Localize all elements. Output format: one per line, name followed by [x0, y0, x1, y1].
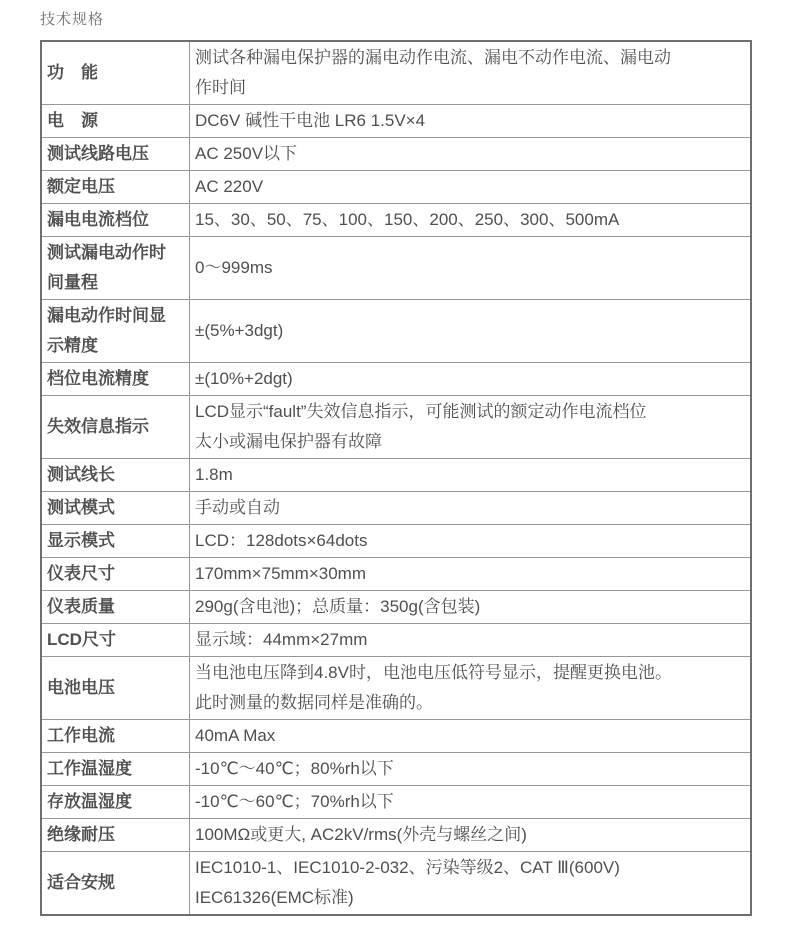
table-row: 漏电电流档位 15、30、50、75、100、150、200、250、300、5… [41, 204, 751, 237]
spec-label: 测试线长 [41, 459, 190, 492]
spec-value: DC6V 碱性干电池 LR6 1.5V×4 [190, 105, 752, 138]
table-row: 失效信息指示 LCD显示“fault”失效信息指示，可能测试的额定动作电流档位 … [41, 396, 751, 459]
table-row: 电池电压 当电池电压降到4.8V时，电池电压低符号显示，提醒更换电池。 此时测量… [41, 657, 751, 720]
table-row: 漏电动作时间显 示精度 ±(5%+3dgt) [41, 300, 751, 363]
spec-value: 15、30、50、75、100、150、200、250、300、500mA [190, 204, 752, 237]
table-row: LCD尺寸 显示域：44mm×27mm [41, 624, 751, 657]
spec-label: 仪表尺寸 [41, 558, 190, 591]
spec-page: 技术规格 功 能 测试各种漏电保护器的漏电动作电流、漏电不动作电流、漏电动 作时… [0, 0, 790, 937]
table-row: 档位电流精度 ±(10%+2dgt) [41, 363, 751, 396]
table-row: 测试线长 1.8m [41, 459, 751, 492]
spec-value: 1.8m [190, 459, 752, 492]
spec-value: 0～999ms [190, 237, 752, 300]
spec-label: 显示模式 [41, 525, 190, 558]
spec-value: -10℃～60℃；70%rh以下 [190, 786, 752, 819]
spec-label: 仪表质量 [41, 591, 190, 624]
spec-value: 40mA Max [190, 720, 752, 753]
spec-label: 功 能 [41, 41, 190, 105]
table-row: 电 源 DC6V 碱性干电池 LR6 1.5V×4 [41, 105, 751, 138]
spec-value: IEC1010-1、IEC1010-2-032、污染等级2、CAT Ⅲ(600V… [190, 852, 752, 916]
spec-value: AC 250V以下 [190, 138, 752, 171]
spec-label: 漏电电流档位 [41, 204, 190, 237]
table-row: 测试线路电压 AC 250V以下 [41, 138, 751, 171]
spec-value: 手动或自动 [190, 492, 752, 525]
spec-label: 测试线路电压 [41, 138, 190, 171]
spec-value: LCD：128dots×64dots [190, 525, 752, 558]
table-row: 测试模式 手动或自动 [41, 492, 751, 525]
spec-label: 失效信息指示 [41, 396, 190, 459]
spec-label: 电 源 [41, 105, 190, 138]
table-row: 工作温湿度 -10℃～40℃；80%rh以下 [41, 753, 751, 786]
spec-label: LCD尺寸 [41, 624, 190, 657]
spec-value: 100MΩ或更大, AC2kV/rms(外壳与螺丝之间) [190, 819, 752, 852]
spec-table: 功 能 测试各种漏电保护器的漏电动作电流、漏电不动作电流、漏电动 作时间 电 源… [40, 40, 752, 916]
table-row: 仪表尺寸 170mm×75mm×30mm [41, 558, 751, 591]
table-row: 绝缘耐压 100MΩ或更大, AC2kV/rms(外壳与螺丝之间) [41, 819, 751, 852]
spec-label: 适合安规 [41, 852, 190, 916]
spec-label: 测试漏电动作时 间量程 [41, 237, 190, 300]
spec-label: 漏电动作时间显 示精度 [41, 300, 190, 363]
spec-label: 电池电压 [41, 657, 190, 720]
spec-value: 测试各种漏电保护器的漏电动作电流、漏电不动作电流、漏电动 作时间 [190, 41, 752, 105]
table-row: 工作电流 40mA Max [41, 720, 751, 753]
spec-label: 工作电流 [41, 720, 190, 753]
table-row: 显示模式 LCD：128dots×64dots [41, 525, 751, 558]
spec-table-body: 功 能 测试各种漏电保护器的漏电动作电流、漏电不动作电流、漏电动 作时间 电 源… [41, 41, 751, 915]
spec-value: 170mm×75mm×30mm [190, 558, 752, 591]
spec-label: 绝缘耐压 [41, 819, 190, 852]
section-title: 技术规格 [40, 10, 752, 30]
spec-label: 工作温湿度 [41, 753, 190, 786]
spec-label: 额定电压 [41, 171, 190, 204]
table-row: 额定电压 AC 220V [41, 171, 751, 204]
spec-value: 当电池电压降到4.8V时，电池电压低符号显示，提醒更换电池。 此时测量的数据同样… [190, 657, 752, 720]
spec-value: -10℃～40℃；80%rh以下 [190, 753, 752, 786]
spec-label: 存放温湿度 [41, 786, 190, 819]
spec-value: 290g(含电池)；总质量：350g(含包装) [190, 591, 752, 624]
spec-label: 档位电流精度 [41, 363, 190, 396]
table-row: 仪表质量 290g(含电池)；总质量：350g(含包装) [41, 591, 751, 624]
spec-value: ±(5%+3dgt) [190, 300, 752, 363]
table-row: 测试漏电动作时 间量程 0～999ms [41, 237, 751, 300]
table-row: 适合安规 IEC1010-1、IEC1010-2-032、污染等级2、CAT Ⅲ… [41, 852, 751, 916]
spec-value: ±(10%+2dgt) [190, 363, 752, 396]
spec-label: 测试模式 [41, 492, 190, 525]
spec-value: LCD显示“fault”失效信息指示，可能测试的额定动作电流档位 太小或漏电保护… [190, 396, 752, 459]
table-row: 存放温湿度 -10℃～60℃；70%rh以下 [41, 786, 751, 819]
spec-value: 显示域：44mm×27mm [190, 624, 752, 657]
spec-value: AC 220V [190, 171, 752, 204]
table-row: 功 能 测试各种漏电保护器的漏电动作电流、漏电不动作电流、漏电动 作时间 [41, 41, 751, 105]
